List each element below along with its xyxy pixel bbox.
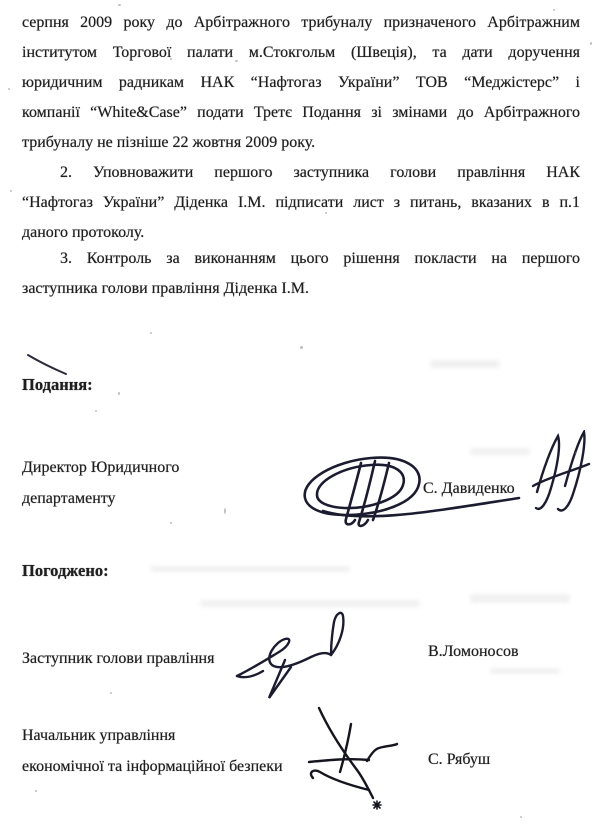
submission-signer-name: С. Давиденко — [423, 480, 515, 498]
submission-heading: Подання: — [22, 375, 93, 395]
text-line: трибуналу не пізніше 22 жовтня 2009 року… — [22, 128, 580, 158]
signature-flourish-initials — [527, 430, 593, 522]
text-line: компанії “White&Case” подати Третє Подан… — [22, 98, 580, 128]
approval-signer2-title: Начальник управління економічної та інфо… — [22, 720, 283, 782]
approval-signer1-name: В.Ломоносов — [428, 643, 519, 661]
approval-signer1-title: Заступник голови правління — [22, 643, 214, 674]
signer-title-line: Директор Юридичного — [22, 452, 179, 483]
paragraph-continuation: серпня 2009 року до Арбітражного трибуна… — [22, 8, 580, 158]
text-line: заступника голови правління Діденка І.М. — [22, 274, 580, 304]
approval-signer2-name: С. Рябуш — [428, 751, 490, 769]
text-line: серпня 2009 року до Арбітражного трибуна… — [22, 8, 580, 38]
paragraph-item-3: 3. Контроль за виконанням цього рішення … — [22, 244, 580, 304]
text-line: 3. Контроль за виконанням цього рішення … — [22, 244, 580, 274]
signature-ryabush — [301, 702, 403, 810]
text-line: “Нафтогаз України” Діденка І.М. підписат… — [22, 188, 580, 218]
approval-heading: Погоджено: — [22, 561, 109, 581]
text-line: юридичним радникам НАК “Нафтогаз України… — [22, 68, 580, 98]
signature-lomonosov — [233, 610, 361, 702]
signer-title-line: Заступник голови правління — [22, 643, 214, 674]
text-line: інститутом Торгової палати м.Стокгольм (… — [22, 38, 580, 68]
signer-title-line: економічної та інформаційної безпеки — [22, 751, 283, 782]
text-line: 2. Уповноважити першого заступника голов… — [22, 158, 580, 188]
scanned-document-page: серпня 2009 року до Арбітражного трибуна… — [0, 0, 600, 830]
signer-title-line: Начальник управління — [22, 720, 283, 751]
submission-signer-title: Директор Юридичного департаменту — [22, 452, 179, 514]
signer-title-line: департаменту — [22, 483, 179, 514]
paragraph-item-2: 2. Уповноважити першого заступника голов… — [22, 158, 580, 248]
